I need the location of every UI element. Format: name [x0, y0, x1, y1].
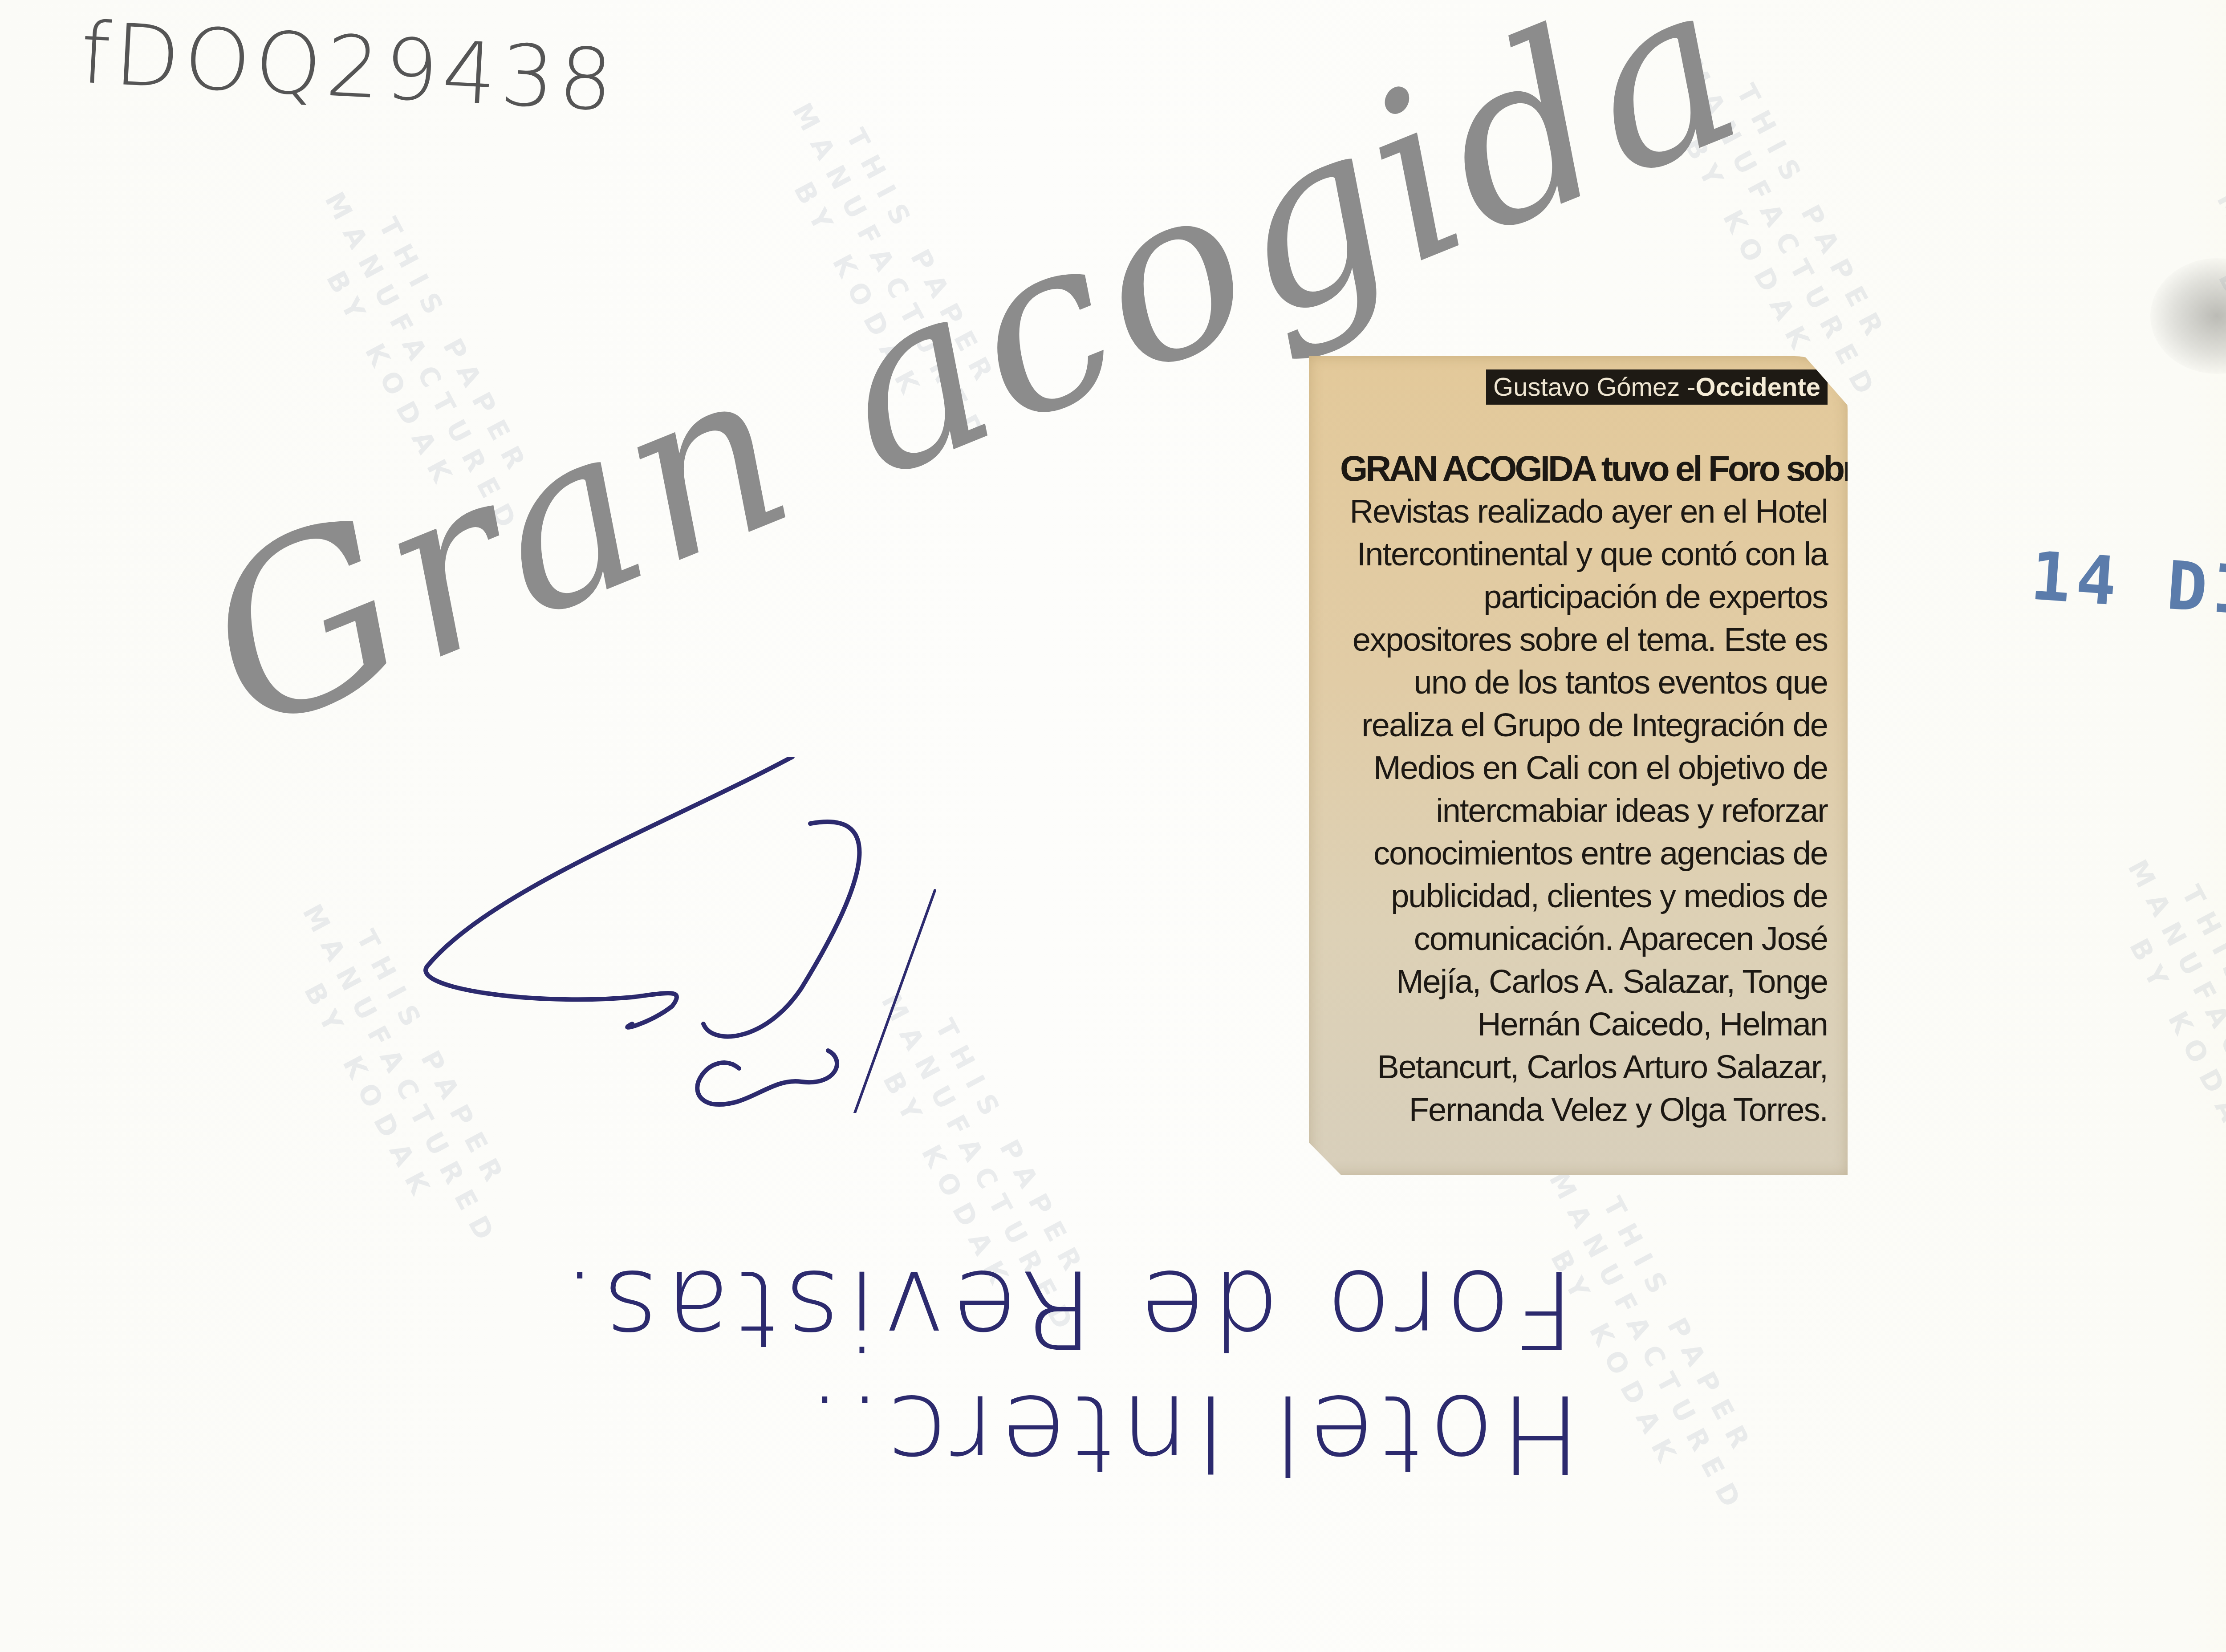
clipping-line: Medios en Cali con el objetivo de — [1340, 747, 1828, 789]
mirrored-note: Hotel Interc.. — [801, 1371, 1581, 1496]
credit-author: Gustavo Gómez - — [1493, 373, 1695, 402]
clipping-line: Hernán Caicedo, Helman — [1340, 1003, 1828, 1046]
photo-back: THIS PAPER MANUFACTURED BY KODAK THIS PA… — [0, 0, 2226, 1652]
photo-credit: Gustavo Gómez -Occidente — [1486, 369, 1828, 405]
clipping-line: uno de los tantos eventos que — [1340, 661, 1828, 704]
clipping-line: realiza el Grupo de Integración de — [1340, 704, 1828, 747]
clipping-headline: GRAN ACOGIDA tuvo el Foro sobre — [1340, 447, 1828, 490]
clipping-line: Mejía, Carlos A. Salazar, Tonge — [1340, 960, 1828, 1003]
date-stamp: 14 DIC. 1994 — [2028, 537, 2226, 653]
watermark: THIS PAPER MANUFACTURED BY KODAK — [2032, 733, 2226, 1333]
clipping-line: Intercontinental y que contó con la — [1340, 533, 1828, 576]
fingerprint-smudge — [2150, 258, 2226, 374]
clipping-line: intercmabiar ideas y reforzar — [1340, 789, 1828, 832]
newspaper-clipping: Gustavo Gómez -Occidente GRAN ACOGIDA tu… — [1309, 356, 1848, 1175]
clipping-line: comunicación. Aparecen José — [1340, 917, 1828, 960]
credit-newspaper: Occidente — [1696, 373, 1820, 402]
signature-icon — [401, 757, 979, 1113]
catalog-id: fDOQ29438 — [78, 4, 620, 130]
clipping-line: Revistas realizado ayer en el Hotel — [1340, 490, 1828, 533]
clipping-body: GRAN ACOGIDA tuvo el Foro sobre Revistas… — [1340, 447, 1828, 1131]
clipping-line: Betancurt, Carlos Arturo Salazar, — [1340, 1046, 1828, 1088]
mirrored-note: Foro de Revistas. — [556, 1246, 1575, 1371]
clipping-line: publicidad, clientes y medios de — [1340, 875, 1828, 917]
clipping-line: conocimientos entre agencias de — [1340, 832, 1828, 875]
clipping-line: expositores sobre el tema. Este es — [1340, 618, 1828, 661]
clipping-line: Fernanda Velez y Olga Torres. — [1340, 1088, 1828, 1131]
clipping-line: participación de expertos — [1340, 576, 1828, 618]
